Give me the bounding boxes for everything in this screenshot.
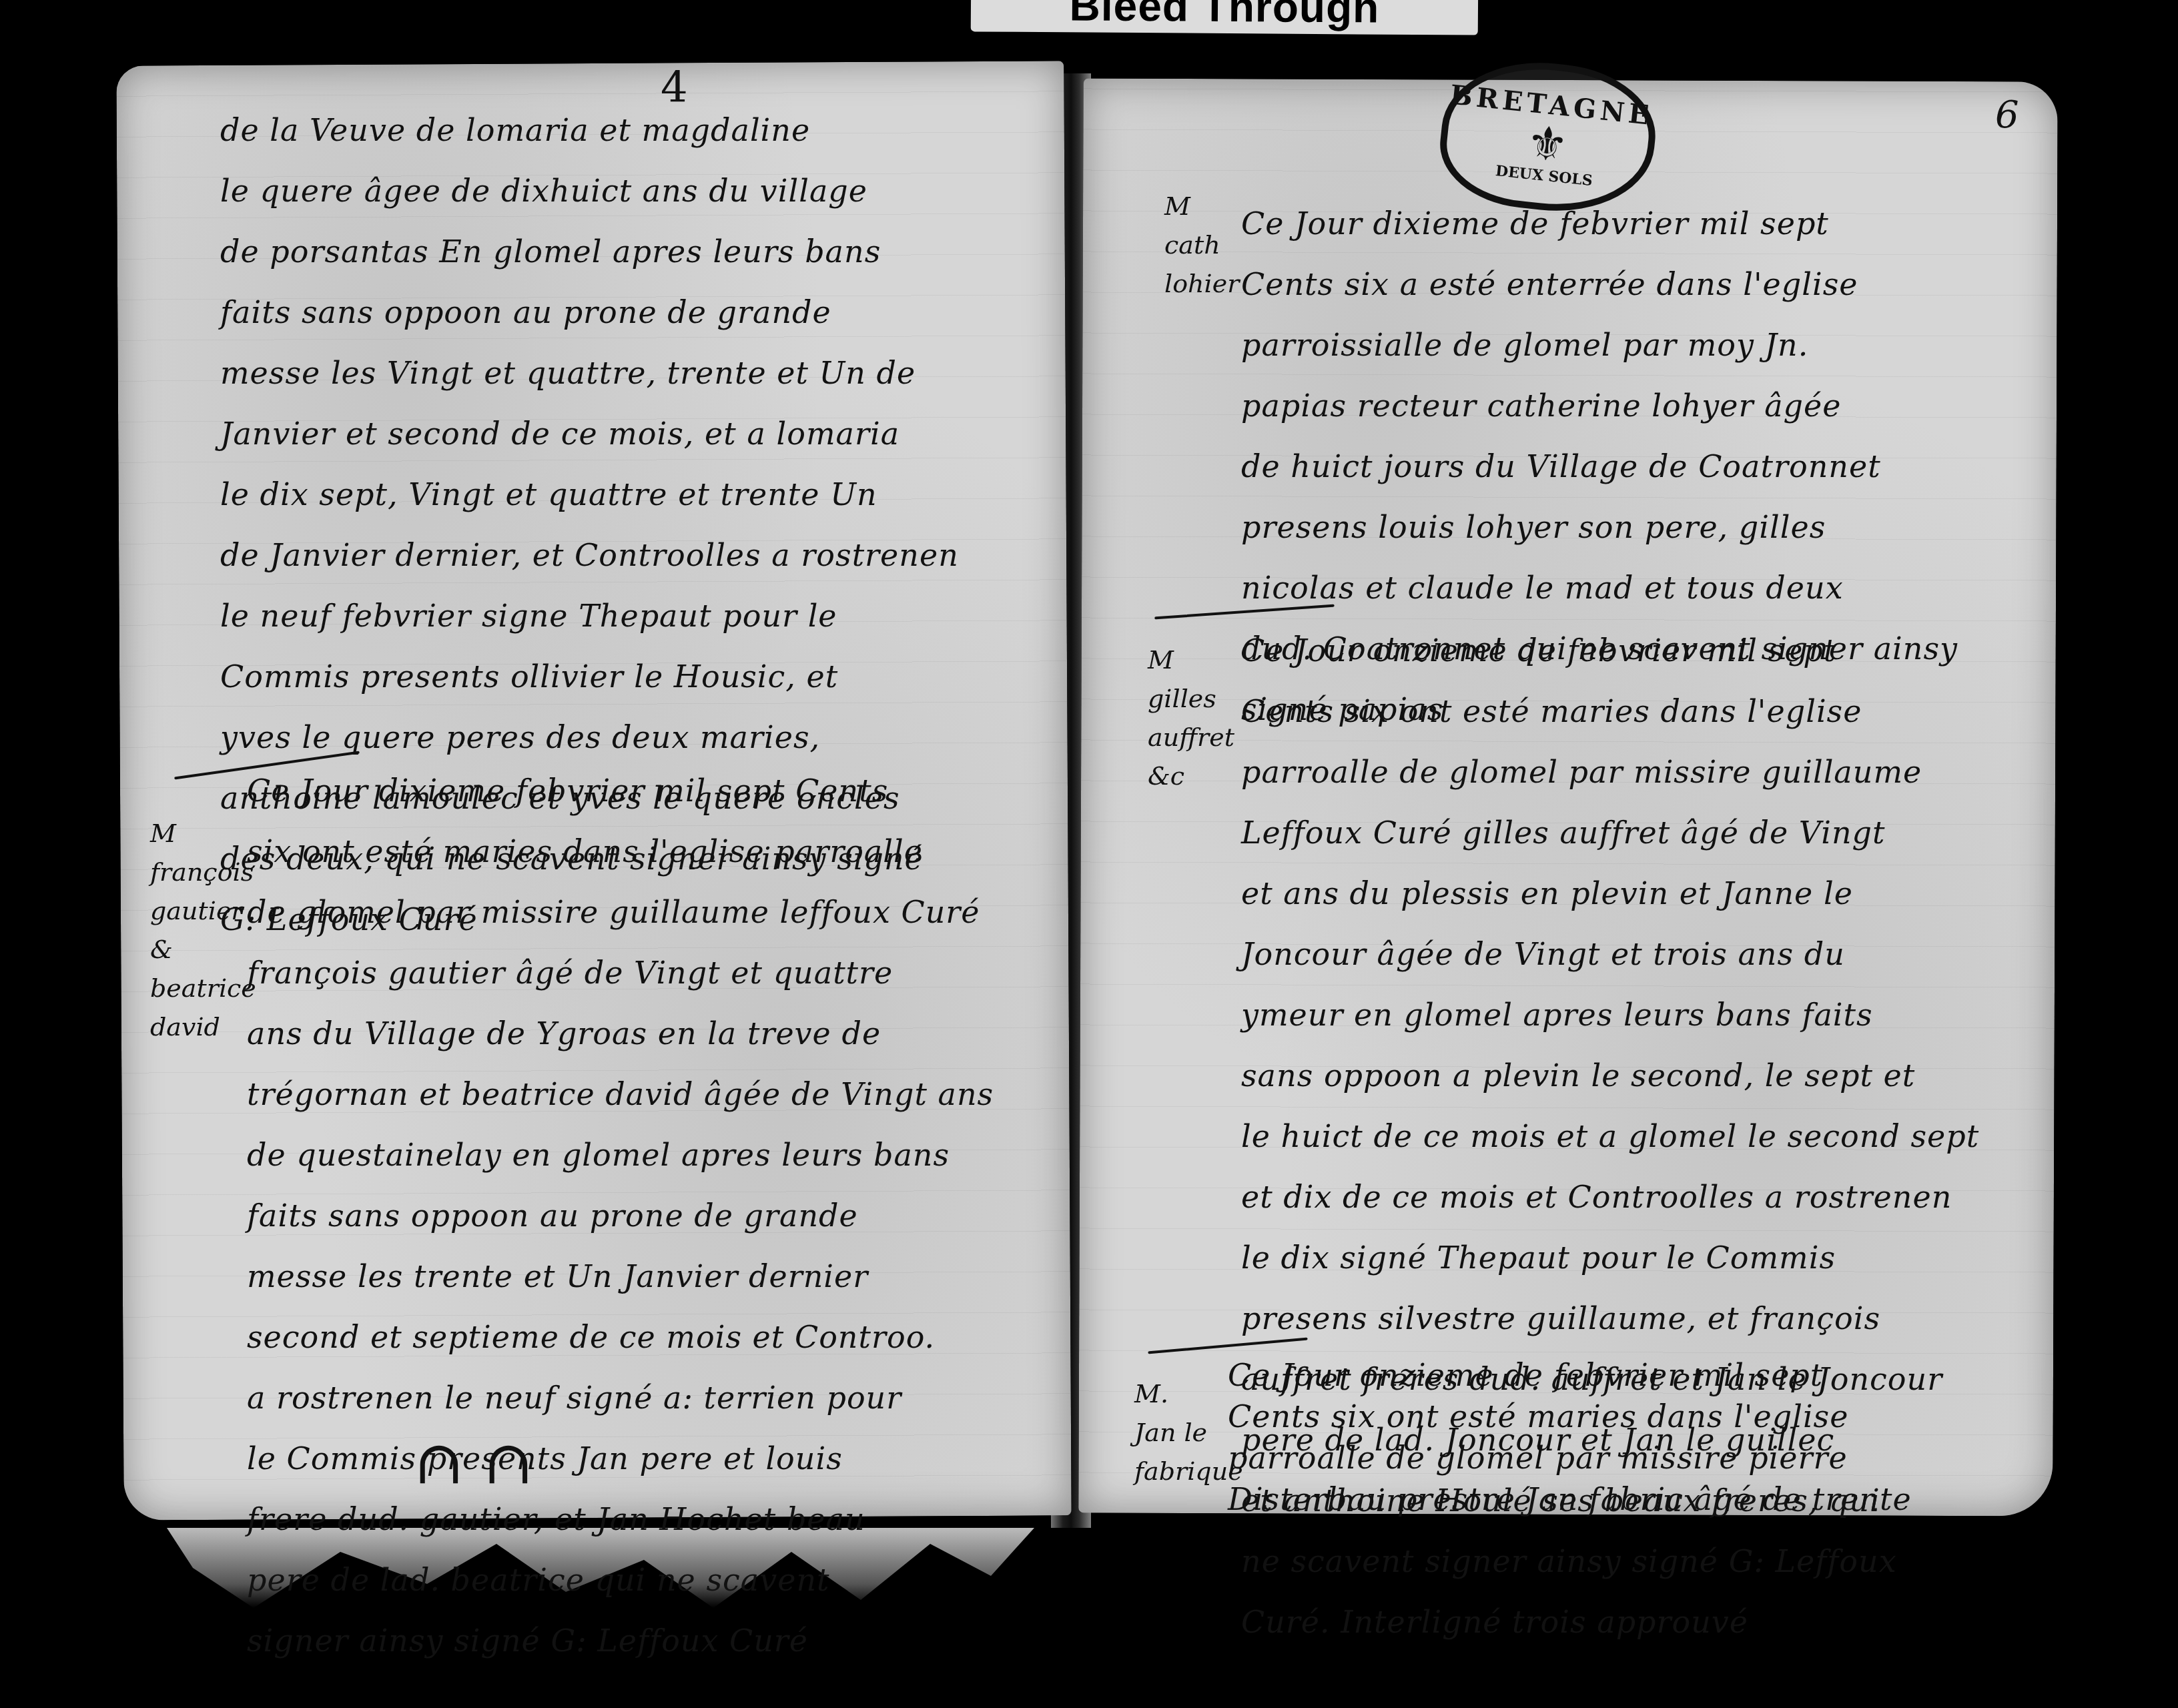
text-line: de questainelay en glomel apres leurs ba…: [247, 1125, 994, 1186]
text-line: de porsantas En glomel apres leurs bans: [220, 222, 959, 282]
right-entry-3: Ce Jour onzieme de febvrier mil sept Cen…: [1228, 1354, 1912, 1520]
text-line: faits sans oppoon au prone de grande: [247, 1186, 994, 1246]
right-entry-2-margin: M gilles auffret &c: [1148, 640, 1234, 795]
margin-note: Jan le: [1134, 1413, 1243, 1452]
text-line: ymeur en glomel apres leurs bans faits: [1241, 985, 1979, 1045]
text-line: Joncour âgée de Vingt et trois ans du: [1241, 924, 1979, 985]
text-line: messe les Vingt et quattre, trente et Un…: [220, 343, 959, 404]
right-entry-1-margin: M cath lohier: [1164, 187, 1239, 303]
text-line: messe les trente et Un Janvier dernier: [247, 1246, 994, 1307]
text-line: Ce Jour dixieme de febvrier mil sept: [1241, 193, 1958, 254]
left-entry-2-margin: M françois gautier & beatrice david: [150, 814, 256, 1046]
text-line: Cents six ont esté maries dans l'eglise: [1228, 1396, 1912, 1437]
label-text: Bleed Through: [1070, 0, 1380, 29]
margin-note: david: [150, 1007, 256, 1046]
text-line: de glomel par missire guillaume leffoux …: [247, 882, 994, 943]
text-line: parroissialle de glomel par moy Jn.: [1241, 315, 1958, 376]
text-line: et ans du plessis en plevin et Janne le: [1241, 863, 1979, 924]
margin-note: beatrice: [150, 969, 256, 1007]
text-line: pere de lad. beatrice qui ne scavent: [247, 1550, 994, 1611]
margin-note: M: [1164, 187, 1239, 226]
margin-note: gilles: [1148, 679, 1234, 718]
text-line: ne scavent signer ainsy signé G: Leffoux: [1241, 1531, 1979, 1592]
text-line: le quere âgee de dixhuict ans du village: [220, 161, 959, 222]
margin-note: fabrique: [1134, 1452, 1243, 1490]
text-line: nicolas et claude le mad et tous deux: [1241, 558, 1958, 618]
text-line: faits sans oppoon au prone de grande: [220, 282, 959, 343]
margin-note: gautier: [150, 891, 256, 930]
text-line: de la Veuve de lomaria et magdaline: [220, 100, 959, 161]
text-line: presens silvestre guillaume, et françois: [1241, 1288, 1979, 1349]
margin-note: M: [150, 814, 256, 853]
margin-note: cath: [1164, 226, 1239, 264]
margin-note: M: [1148, 640, 1234, 679]
text-line: frere dud. gautier, et Jan Hochet beau: [247, 1489, 994, 1550]
flourish-decoration: ∩ ∩: [414, 1428, 533, 1498]
text-line: parroalle de glomel par missire guillaum…: [1241, 742, 1979, 803]
text-line: de Janvier dernier, et Controolles a ros…: [220, 525, 959, 586]
right-entry-3-margin: M. Jan le fabrique: [1134, 1374, 1243, 1490]
text-line: ans du Village de Ygroas en la treve de: [247, 1003, 994, 1064]
text-line: le huict de ce mois et a glomel le secon…: [1241, 1106, 1979, 1167]
text-line: le neuf febvrier signe Thepaut pour le: [220, 586, 959, 647]
text-line: Ce Jour onzieme de febvrier mil sept: [1241, 620, 1979, 681]
text-line: Commis presents ollivier le Housic, et: [220, 647, 959, 707]
text-line: signer ainsy signé G: Leffoux Curé: [247, 1611, 994, 1671]
text-line: Cents six ont esté maries dans l'eglise: [1241, 681, 1979, 742]
text-line: Leffoux Curé gilles auffret âgé de Vingt: [1241, 803, 1979, 863]
margin-note: lohier: [1164, 264, 1239, 303]
text-line: Cents six a esté enterrée dans l'eglise: [1241, 254, 1958, 315]
text-line: le dix sept, Vingt et quattre et trente …: [220, 464, 959, 525]
text-line: de huict jours du Village de Coatronnet: [1241, 436, 1958, 497]
text-line: parroalle de glomel par missire pierre: [1228, 1437, 1912, 1478]
text-line: Curé. Interligné trois approuvé: [1241, 1592, 1979, 1653]
margin-note: &: [150, 930, 256, 969]
text-line: six ont esté maries dans l'eglise parroa…: [247, 821, 994, 882]
margin-note: auffret: [1148, 718, 1234, 757]
margin-note: &c: [1148, 757, 1234, 795]
text-line: Ce Jour onzieme de febvrier mil sept: [1228, 1354, 1912, 1396]
text-line: yves le quere peres des deux maries,: [220, 707, 959, 768]
fleur-de-lis-icon: ⚜: [1524, 118, 1571, 169]
text-line: Ce Jour dixieme febvrier mil sept Cents: [247, 761, 994, 821]
text-line: Disterbau prestre Jan fabric âgé de tren…: [1228, 1478, 1912, 1520]
margin-note: M.: [1134, 1374, 1243, 1413]
text-line: le Commis presents Jan pere et louis: [247, 1428, 994, 1489]
text-line: françois gautier âgé de Vingt et quattre: [247, 943, 994, 1003]
text-line: presens louis lohyer son pere, gilles: [1241, 497, 1958, 558]
text-line: a rostrenen le neuf signé a: terrien pou…: [247, 1368, 994, 1428]
text-line: trégornan et beatrice david âgée de Ving…: [247, 1064, 994, 1125]
bleed-through-label: Bleed Through: [971, 0, 1479, 35]
margin-note: françois: [150, 853, 256, 891]
text-line: Janvier et second de ce mois, et a lomar…: [220, 404, 959, 464]
page-number: 6: [1995, 93, 2019, 137]
text-line: second et septieme de ce mois et Controo…: [247, 1307, 994, 1368]
text-line: sans oppoon a plevin le second, le sept …: [1241, 1045, 1979, 1106]
left-entry-2: Ce Jour dixieme febvrier mil sept Cents …: [247, 761, 994, 1671]
text-line: et dix de ce mois et Controolles a rostr…: [1241, 1167, 1979, 1228]
text-line: papias recteur catherine lohyer âgée: [1241, 376, 1958, 436]
text-line: le dix signé Thepaut pour le Commis: [1241, 1228, 1979, 1288]
